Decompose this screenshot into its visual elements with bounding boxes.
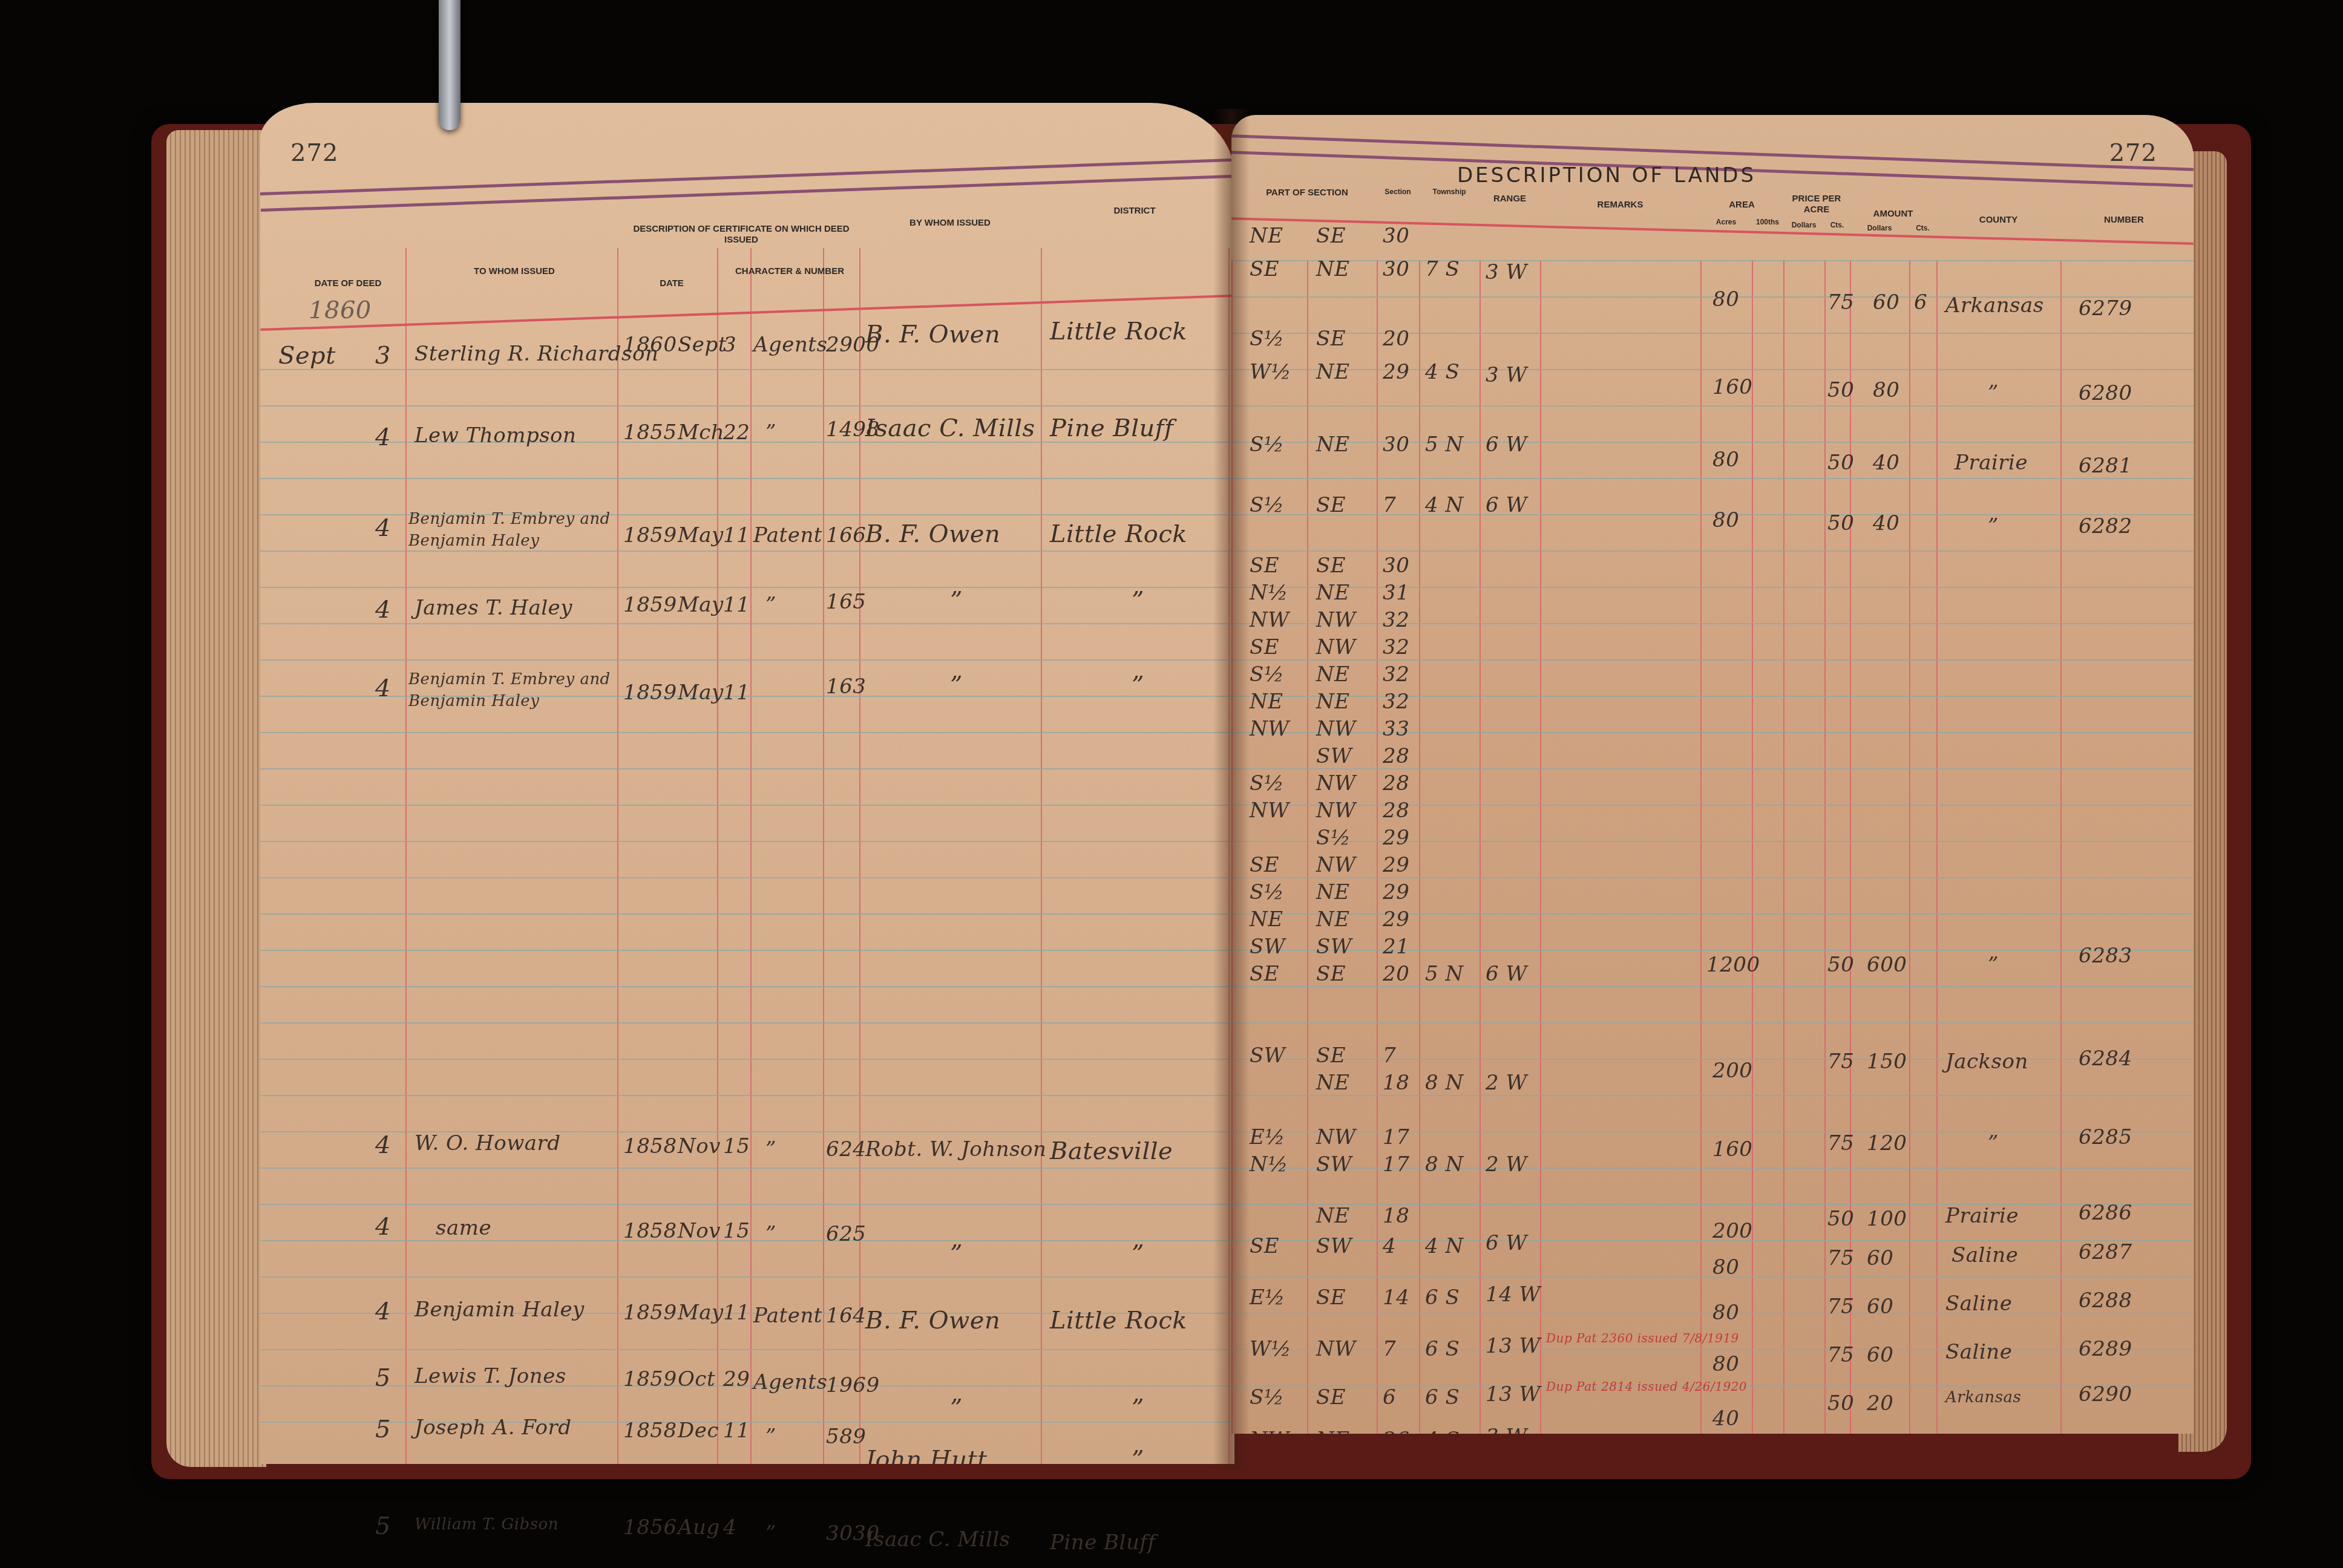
county: Saline bbox=[1945, 1340, 2012, 1364]
col-township: Township bbox=[1419, 188, 1480, 196]
deed-day: 3 bbox=[375, 342, 391, 370]
land-section: 17 bbox=[1383, 1152, 1409, 1177]
land-section: 32 bbox=[1383, 662, 1409, 687]
land-range: 2 W bbox=[1486, 1071, 1527, 1095]
county: Arkansas bbox=[1945, 1388, 2021, 1406]
deed-number: 6281 bbox=[2079, 454, 2132, 478]
grantee-name: James T. Haley bbox=[415, 596, 572, 620]
deed-day: 5 bbox=[375, 1416, 391, 1443]
county: ” bbox=[1988, 381, 1999, 405]
deed-number: 6280 bbox=[2079, 381, 2132, 405]
land-section: 29 bbox=[1383, 826, 1409, 850]
land-range: 13 W bbox=[1486, 1382, 1541, 1406]
cert-year: 1855 bbox=[623, 420, 677, 445]
cert-number: 164 bbox=[826, 1304, 866, 1328]
deed-number: 6282 bbox=[2079, 514, 2132, 538]
land-section: 18 bbox=[1383, 1071, 1409, 1095]
area-acres: 80 bbox=[1712, 1301, 1739, 1325]
cert-character: Patent bbox=[753, 523, 822, 547]
col-number: NUMBER bbox=[2060, 215, 2187, 226]
col-price-dollars: Dollars bbox=[1783, 221, 1824, 229]
land-section: 28 bbox=[1383, 799, 1409, 823]
amount-dollars: 60 bbox=[1867, 1246, 1893, 1270]
land-quarter: NE bbox=[1316, 581, 1350, 605]
col-cert-date: DATE bbox=[629, 278, 714, 289]
cert-day: 29 bbox=[723, 1367, 750, 1391]
district: ” bbox=[1132, 671, 1144, 699]
land-part: NW bbox=[1250, 608, 1289, 632]
land-quarter: NE bbox=[1316, 690, 1350, 714]
cert-month: Dec bbox=[678, 1419, 719, 1443]
col-to-whom-issued: TO WHOM ISSUED bbox=[418, 266, 611, 277]
county: Prairie bbox=[1945, 1204, 2019, 1228]
cert-number: 163 bbox=[826, 675, 866, 699]
cert-character: Agents bbox=[753, 333, 827, 357]
deed-number: 6290 bbox=[2079, 1382, 2132, 1406]
col-district: DISTRICT bbox=[1047, 206, 1222, 217]
land-quarter: SW bbox=[1316, 1234, 1352, 1258]
land-quarter: SE bbox=[1316, 224, 1346, 248]
col-acres: Acres bbox=[1700, 218, 1752, 226]
land-part: SE bbox=[1250, 554, 1279, 578]
land-section: 29 bbox=[1383, 907, 1409, 932]
price-cents: 75 bbox=[1827, 1343, 1854, 1367]
col-date-of-deed: DATE OF DEED bbox=[297, 278, 399, 289]
county: ” bbox=[1988, 953, 1999, 977]
land-section: 29 bbox=[1383, 853, 1409, 877]
district: Pine Bluff bbox=[1050, 414, 1173, 442]
land-quarter: NW bbox=[1316, 717, 1356, 741]
grantee-name: Benjamin T. Embrey and Benjamin Haley bbox=[408, 508, 614, 552]
land-section: 18 bbox=[1383, 1204, 1409, 1228]
issued-by: Isaac C. Mills bbox=[865, 414, 1035, 442]
land-range: 14 W bbox=[1486, 1282, 1541, 1307]
amount-cents: 6 bbox=[1914, 290, 1927, 315]
issued-by: John Hutt bbox=[865, 1446, 988, 1464]
land-range: 3 W bbox=[1486, 363, 1527, 387]
land-township: 8 N bbox=[1425, 1152, 1464, 1177]
col-by-whom-issued: BY WHOM ISSUED bbox=[865, 218, 1035, 229]
land-section: 20 bbox=[1383, 327, 1409, 351]
area-acres: 80 bbox=[1712, 1352, 1739, 1376]
cert-character: ” bbox=[765, 1425, 776, 1449]
cert-year: 1859 bbox=[623, 681, 677, 705]
land-quarter: NW bbox=[1316, 608, 1356, 632]
col-amount-dollars: Dollars bbox=[1850, 224, 1909, 232]
land-part: S½ bbox=[1250, 880, 1284, 904]
deed-day: 4 bbox=[375, 596, 391, 624]
land-section: 30 bbox=[1383, 224, 1409, 248]
land-part: S½ bbox=[1250, 493, 1284, 517]
land-section: 30 bbox=[1383, 433, 1409, 457]
land-part: S½ bbox=[1250, 327, 1284, 351]
land-quarter: NE bbox=[1316, 1428, 1350, 1434]
land-part: SE bbox=[1250, 853, 1279, 877]
cert-month: Oct bbox=[678, 1367, 715, 1391]
land-township: 6 S bbox=[1425, 1385, 1460, 1410]
cert-character: ” bbox=[765, 1137, 776, 1161]
land-part: SE bbox=[1250, 635, 1279, 659]
land-range: 6 W bbox=[1486, 962, 1527, 986]
amount-dollars: 60 bbox=[1867, 1343, 1893, 1367]
cert-month: May bbox=[678, 523, 724, 547]
issued-by: B. F. Owen bbox=[865, 321, 1000, 348]
price-cents: 75 bbox=[1827, 1050, 1854, 1074]
land-section: 29 bbox=[1383, 360, 1409, 384]
cert-number: 165 bbox=[826, 590, 866, 614]
col-certificate-group: DESCRIPTION OF CERTIFICATE ON WHICH DEED… bbox=[629, 224, 853, 246]
issued-by: ” bbox=[950, 1240, 963, 1268]
cert-character: Agents bbox=[753, 1370, 827, 1394]
land-range: 2 W bbox=[1486, 1152, 1527, 1177]
county: Jackson bbox=[1945, 1050, 2028, 1074]
deed-number: 6286 bbox=[2079, 1201, 2132, 1225]
land-part: SW bbox=[1250, 1044, 1285, 1068]
grantee-name: Benjamin T. Embrey and Benjamin Haley bbox=[408, 668, 614, 712]
land-quarter: NW bbox=[1316, 853, 1356, 877]
land-section: 7 bbox=[1383, 493, 1396, 517]
amount-dollars: 120 bbox=[1867, 1131, 1907, 1155]
land-part: S½ bbox=[1250, 1385, 1284, 1410]
cert-day: 11 bbox=[723, 1301, 750, 1325]
left-page: 272 DATE OF DEED TO WHOM ISSUED DESCRIPT… bbox=[260, 103, 1234, 1464]
county: Saline bbox=[1951, 1243, 2018, 1267]
district: ” bbox=[1132, 1240, 1144, 1268]
cert-year: 1860 bbox=[623, 333, 677, 357]
land-quarter: S½ bbox=[1316, 826, 1351, 850]
price-cents: 75 bbox=[1827, 1295, 1854, 1319]
land-section: 17 bbox=[1383, 1125, 1409, 1149]
district: ” bbox=[1132, 587, 1144, 615]
land-part: SE bbox=[1250, 962, 1279, 986]
land-part: W½ bbox=[1250, 360, 1291, 384]
cert-month: Nov bbox=[678, 1134, 721, 1158]
land-part: NW bbox=[1250, 1428, 1289, 1434]
county: Arkansas bbox=[1945, 293, 2044, 318]
amount-dollars: 100 bbox=[1867, 1207, 1907, 1231]
issued-by: ” bbox=[950, 1394, 963, 1422]
grantee-name: Joseph A. Ford bbox=[415, 1416, 572, 1440]
right-page: 272 DESCRIPTION OF LANDS PART OF SECTION… bbox=[1231, 115, 2194, 1434]
cert-year: 1859 bbox=[623, 593, 677, 617]
area-acres: 80 bbox=[1712, 1255, 1739, 1279]
area-acres: 160 bbox=[1712, 1137, 1752, 1161]
land-section: 20 bbox=[1383, 962, 1409, 986]
deed-day: 4 bbox=[375, 675, 391, 702]
cert-month: Sept bbox=[678, 333, 727, 357]
cert-day: 11 bbox=[723, 523, 750, 547]
issued-by: Robt. W. Johnson bbox=[865, 1137, 1046, 1161]
land-quarter: NE bbox=[1316, 880, 1350, 904]
price-cents: 50 bbox=[1827, 1391, 1854, 1416]
price-cents: 50 bbox=[1827, 378, 1854, 402]
land-township: 5 N bbox=[1425, 962, 1464, 986]
land-part: N½ bbox=[1250, 581, 1288, 605]
deed-day: 4 bbox=[375, 514, 391, 542]
cert-year: 1859 bbox=[623, 523, 677, 547]
land-quarter: SW bbox=[1316, 744, 1352, 768]
cert-day: 11 bbox=[723, 593, 750, 617]
land-range: 6 W bbox=[1486, 493, 1527, 517]
land-section: 32 bbox=[1383, 690, 1409, 714]
area-acres: 1200 bbox=[1706, 953, 1760, 977]
area-acres: 160 bbox=[1712, 375, 1752, 399]
price-cents: 75 bbox=[1827, 1131, 1854, 1155]
header-double-rule bbox=[260, 158, 1234, 212]
price-cents: 75 bbox=[1827, 290, 1854, 315]
land-section: 7 bbox=[1383, 1337, 1396, 1361]
land-quarter: NW bbox=[1316, 799, 1356, 823]
amount-dollars: 60 bbox=[1867, 1295, 1893, 1319]
land-township: 8 N bbox=[1425, 1071, 1464, 1095]
amount-dollars: 40 bbox=[1873, 451, 1899, 475]
deed-year: 1860 bbox=[309, 296, 372, 324]
land-quarter: NW bbox=[1316, 635, 1356, 659]
land-township: 4 N bbox=[1425, 1234, 1464, 1258]
land-quarter: NE bbox=[1316, 907, 1350, 932]
district: ” bbox=[1132, 1394, 1144, 1422]
cert-month: Nov bbox=[678, 1219, 721, 1243]
land-township: 4 S bbox=[1425, 1428, 1460, 1434]
grantee-name: same bbox=[436, 1216, 491, 1240]
land-part: W½ bbox=[1250, 1337, 1291, 1361]
deed-number: 6283 bbox=[2079, 944, 2132, 968]
district: Little Rock bbox=[1050, 520, 1187, 548]
col-county: COUNTY bbox=[1936, 215, 2060, 226]
land-part: SE bbox=[1250, 1234, 1279, 1258]
land-section: 33 bbox=[1383, 717, 1409, 741]
cert-month: May bbox=[678, 1301, 724, 1325]
land-quarter: SE bbox=[1316, 1385, 1346, 1410]
cert-month: Mch bbox=[678, 420, 724, 445]
land-section: 30 bbox=[1383, 257, 1409, 281]
land-part: S½ bbox=[1250, 662, 1284, 687]
land-section: 32 bbox=[1383, 608, 1409, 632]
cert-character: Patent bbox=[753, 1304, 822, 1328]
cert-number: 624 bbox=[826, 1137, 866, 1161]
grantee-name: Lewis T. Jones bbox=[415, 1364, 566, 1388]
county: ” bbox=[1988, 1131, 1999, 1155]
land-section: 14 bbox=[1383, 1285, 1409, 1310]
land-quarter: NW bbox=[1316, 1125, 1356, 1149]
deed-number: 6284 bbox=[2079, 1047, 2132, 1071]
land-range: 3 W bbox=[1486, 1425, 1527, 1434]
page-edges-left bbox=[166, 130, 266, 1467]
cert-year: 1858 bbox=[623, 1219, 677, 1243]
deed-day: 4 bbox=[375, 423, 391, 451]
cert-number: 1969 bbox=[826, 1373, 880, 1397]
county: Saline bbox=[1945, 1292, 2012, 1316]
land-township: 5 N bbox=[1425, 433, 1464, 457]
land-part: NW bbox=[1250, 717, 1289, 741]
land-part: NW bbox=[1250, 799, 1289, 823]
cert-number: 625 bbox=[826, 1222, 866, 1246]
land-part: S½ bbox=[1250, 433, 1284, 457]
price-cents: 50 bbox=[1827, 511, 1854, 535]
page-number-right: 272 bbox=[2109, 139, 2157, 167]
area-acres: 80 bbox=[1712, 448, 1739, 472]
amount-dollars: 80 bbox=[1873, 378, 1899, 402]
deed-number: 6279 bbox=[2079, 296, 2132, 321]
land-section: 32 bbox=[1383, 635, 1409, 659]
deed-number: 6285 bbox=[2079, 1125, 2132, 1149]
land-quarter: NE bbox=[1316, 360, 1350, 384]
col-area: AREA bbox=[1700, 200, 1783, 211]
district: Little Rock bbox=[1050, 318, 1187, 345]
district: Batesville bbox=[1050, 1137, 1173, 1165]
cert-day: 15 bbox=[723, 1219, 750, 1243]
area-acres: 80 bbox=[1712, 287, 1739, 312]
deed-day: 5 bbox=[375, 1364, 391, 1392]
county: ” bbox=[1988, 514, 1999, 538]
cert-month: May bbox=[678, 593, 724, 617]
land-quarter: NW bbox=[1316, 771, 1356, 795]
land-part: SW bbox=[1250, 935, 1285, 959]
deed-number: 6287 bbox=[2079, 1240, 2132, 1264]
land-quarter: NE bbox=[1316, 257, 1350, 281]
land-part: NE bbox=[1250, 224, 1283, 248]
deed-number: 6288 bbox=[2079, 1289, 2132, 1313]
cert-month: May bbox=[678, 681, 724, 705]
price-cents: 50 bbox=[1827, 953, 1854, 977]
land-part: NE bbox=[1250, 907, 1283, 932]
land-quarter: SE bbox=[1316, 962, 1346, 986]
land-section: 26 bbox=[1383, 1428, 1409, 1434]
cert-year: 1858 bbox=[623, 1134, 677, 1158]
col-amount-cents: Cts. bbox=[1909, 224, 1936, 232]
col-part-of-section: PART OF SECTION bbox=[1237, 188, 1377, 198]
land-section: 31 bbox=[1383, 581, 1409, 605]
land-quarter: SW bbox=[1316, 935, 1352, 959]
issued-by: ” bbox=[950, 671, 963, 699]
land-quarter: NE bbox=[1316, 433, 1350, 457]
land-part: E½ bbox=[1250, 1125, 1285, 1149]
land-quarter: SW bbox=[1316, 1152, 1352, 1177]
col-price-cents: Cts. bbox=[1824, 221, 1850, 229]
land-quarter: SE bbox=[1316, 1285, 1346, 1310]
land-section: 29 bbox=[1383, 880, 1409, 904]
land-quarter: SE bbox=[1316, 1044, 1346, 1068]
col-cert-character-number: CHARACTER & NUMBER bbox=[726, 266, 853, 277]
cert-character: ” bbox=[765, 1222, 776, 1246]
land-quarter: NE bbox=[1316, 662, 1350, 687]
land-section: 4 bbox=[1383, 1234, 1396, 1258]
col-price-per-acre: PRICE PER ACRE bbox=[1783, 194, 1850, 215]
cert-year: 1859 bbox=[623, 1301, 677, 1325]
cert-day: 3 bbox=[723, 333, 736, 357]
amount-dollars: 150 bbox=[1867, 1050, 1907, 1074]
amount-dollars: 20 bbox=[1867, 1391, 1893, 1416]
deed-number: 6289 bbox=[2079, 1337, 2132, 1361]
district: Little Rock bbox=[1050, 1307, 1187, 1334]
cert-day: 15 bbox=[723, 1134, 750, 1158]
land-section: 28 bbox=[1383, 744, 1409, 768]
area-acres: 40 bbox=[1712, 1406, 1739, 1431]
cert-character: ” bbox=[765, 593, 776, 617]
area-acres: 200 bbox=[1712, 1219, 1752, 1243]
district: ” bbox=[1132, 1446, 1144, 1464]
land-quarter: NW bbox=[1316, 1337, 1356, 1361]
county: Prairie bbox=[1955, 451, 2028, 475]
area-acres: 80 bbox=[1712, 508, 1739, 532]
issued-by: B. F. Owen bbox=[865, 1307, 1000, 1334]
land-township: 6 S bbox=[1425, 1337, 1460, 1361]
cert-year: 1858 bbox=[623, 1419, 677, 1443]
deed-day: 4 bbox=[375, 1131, 391, 1159]
land-range: 3 W bbox=[1486, 260, 1527, 284]
land-part: NE bbox=[1250, 690, 1283, 714]
land-part: E½ bbox=[1250, 1285, 1285, 1310]
land-section: 6 bbox=[1383, 1385, 1396, 1410]
land-range: 6 W bbox=[1486, 1231, 1527, 1255]
land-section: 28 bbox=[1383, 771, 1409, 795]
cert-number: 589 bbox=[826, 1425, 866, 1449]
cert-number: 166 bbox=[826, 523, 866, 547]
amount-dollars: 40 bbox=[1873, 511, 1899, 535]
col-section: Section bbox=[1377, 188, 1419, 196]
col-remarks: REMARKS bbox=[1540, 200, 1700, 211]
grantee-name: Benjamin Haley bbox=[415, 1298, 585, 1322]
issued-by: ” bbox=[950, 587, 963, 615]
land-range: 6 W bbox=[1486, 433, 1527, 457]
land-part: SE bbox=[1250, 257, 1279, 281]
cert-day: 11 bbox=[723, 681, 750, 705]
land-township: 6 S bbox=[1425, 1285, 1460, 1310]
page-number-left: 272 bbox=[290, 139, 338, 167]
land-quarter: SE bbox=[1316, 554, 1346, 578]
cert-day: 11 bbox=[723, 1419, 750, 1443]
land-section: 7 bbox=[1383, 1044, 1396, 1068]
grantee-name: Sterling R. Richardson bbox=[415, 342, 658, 366]
cert-character: ” bbox=[765, 420, 776, 445]
price-cents: 75 bbox=[1827, 1246, 1854, 1270]
land-part: N½ bbox=[1250, 1152, 1288, 1177]
issued-by: B. F. Owen bbox=[865, 520, 1000, 548]
grantee-name: W. O. Howard bbox=[415, 1131, 561, 1155]
remarks-red-ink: Dup Pat 2814 issued 4/26/1920 bbox=[1546, 1379, 1747, 1394]
land-township: 4 S bbox=[1425, 360, 1460, 384]
remarks-red-ink: Dup Pat 2360 issued 7/8/1919 bbox=[1546, 1331, 1739, 1345]
description-of-lands-title: DESCRIPTION OF LANDS bbox=[1395, 163, 1818, 188]
land-township: 4 N bbox=[1425, 493, 1464, 517]
land-section: 21 bbox=[1383, 935, 1409, 959]
deed-month: Sept bbox=[278, 342, 336, 370]
cert-year: 1859 bbox=[623, 1367, 677, 1391]
amount-dollars: 60 bbox=[1873, 290, 1899, 315]
amount-dollars: 600 bbox=[1867, 953, 1907, 977]
land-quarter: NE bbox=[1316, 1071, 1350, 1095]
land-quarter: NE bbox=[1316, 1204, 1350, 1228]
col-range: RANGE bbox=[1480, 194, 1540, 204]
page-holder-pin bbox=[439, 0, 460, 130]
col-hundredths: 100ths bbox=[1752, 218, 1783, 226]
land-range: 13 W bbox=[1486, 1334, 1541, 1358]
land-quarter: SE bbox=[1316, 327, 1346, 351]
price-cents: 50 bbox=[1827, 451, 1854, 475]
col-amount: AMOUNT bbox=[1850, 209, 1936, 220]
grantee-name: Lew Thompson bbox=[415, 423, 576, 448]
land-section: 30 bbox=[1383, 554, 1409, 578]
price-cents: 50 bbox=[1827, 1207, 1854, 1231]
deed-day: 4 bbox=[375, 1298, 391, 1325]
land-quarter: SE bbox=[1316, 493, 1346, 517]
book-gutter bbox=[1213, 109, 1250, 1470]
area-acres: 200 bbox=[1712, 1059, 1752, 1083]
land-part: S½ bbox=[1250, 771, 1284, 795]
deed-day: 4 bbox=[375, 1213, 391, 1241]
land-township: 7 S bbox=[1425, 257, 1460, 281]
cert-day: 22 bbox=[723, 420, 750, 445]
